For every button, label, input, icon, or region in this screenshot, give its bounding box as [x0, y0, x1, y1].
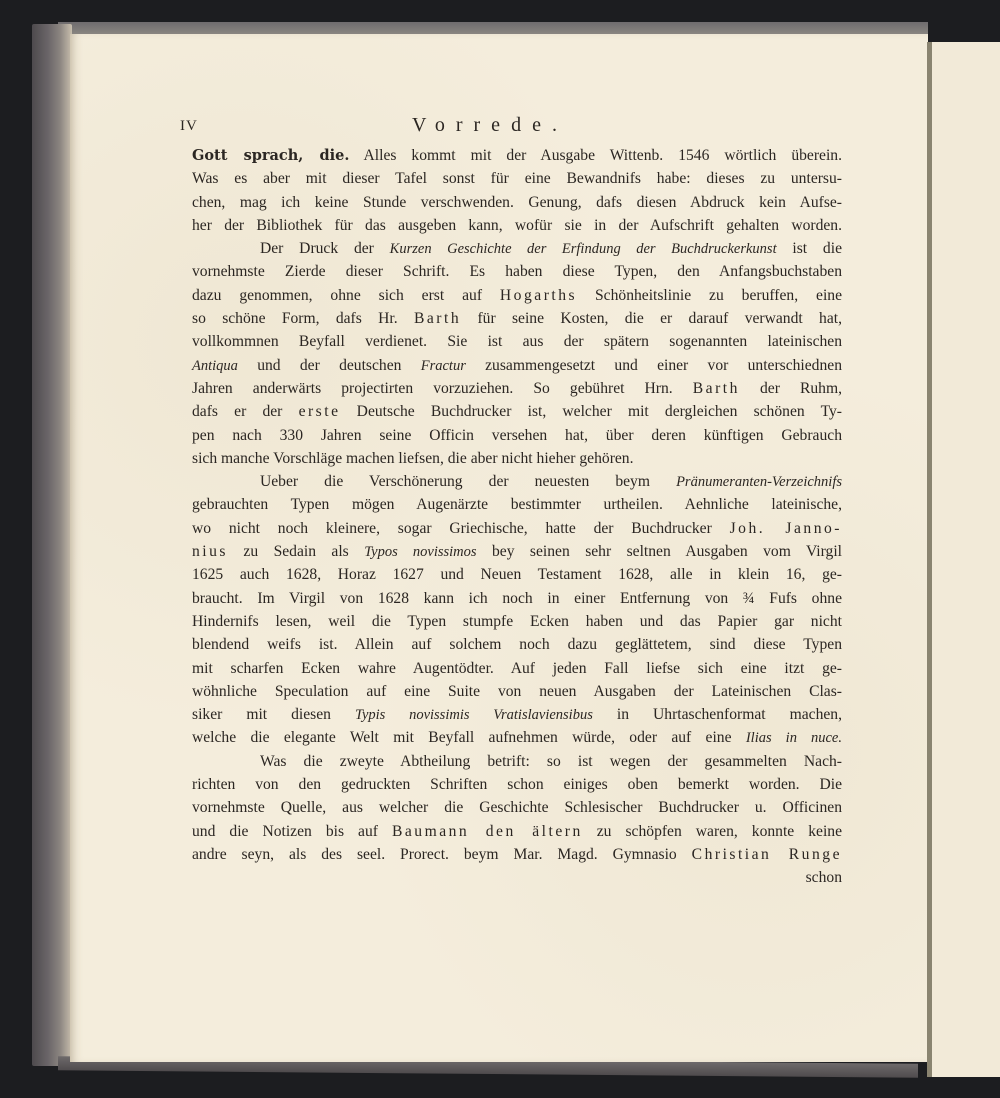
italic-title-text: Kurzen Geschichte der Erfindung der Buch… — [390, 241, 777, 257]
text-run: sich manche Vorschläge machen liefsen, d… — [192, 450, 634, 467]
text-run: Der Druck der — [260, 240, 390, 257]
text-run: braucht. Im Virgil von 1628 kann ich noc… — [192, 590, 842, 607]
running-head: IV Vorrede. — [180, 112, 842, 144]
text-line: richten von den gedruckten Schriften sch… — [192, 773, 842, 796]
text-run: chen, mag ich keine Stunde verschwenden.… — [192, 194, 842, 211]
italic-title-text: Pränumeranten-Verzeichnifs — [676, 474, 842, 490]
text-line: Was die zweyte Abtheilung betrift: so is… — [192, 750, 842, 773]
text-run: für seine Kosten, die er darauf verwandt… — [461, 310, 842, 327]
text-line: so schöne Form, dafs Hr. Barth für seine… — [192, 307, 842, 330]
text-run: dazu genommen, ohne sich erst auf — [192, 287, 500, 304]
text-line: braucht. Im Virgil von 1628 kann ich noc… — [192, 587, 842, 610]
text-run: gebrauchten Typen mögen Augenärzte besti… — [192, 496, 842, 513]
book-spine-binding — [32, 24, 72, 1066]
page-number: IV — [180, 118, 198, 135]
text-run: Ueber die Verschönerung der neuesten bey… — [260, 473, 676, 490]
text-line: siker mit diesen Typis novissimis Vratis… — [192, 703, 842, 726]
text-run: vornehmste Quelle, aus welcher die Gesch… — [192, 799, 842, 816]
text-line: chen, mag ich keine Stunde verschwenden.… — [192, 191, 842, 214]
book-page-right-edge — [932, 42, 1000, 1077]
text-run: welche die elegante Welt mit Beyfall auf… — [192, 729, 746, 746]
text-run: zusammengesetzt und einer vor unterschie… — [466, 357, 842, 374]
text-run: dafs er der — [192, 403, 299, 420]
text-line: sich manche Vorschläge machen liefsen, d… — [192, 447, 842, 470]
spaced-name-text: Joh. Janno- — [730, 520, 842, 537]
text-run: Jahren anderwärts projectirten vorzuzieh… — [192, 380, 693, 397]
text-line: mit scharfen Ecken wahre Augentödter. Au… — [192, 657, 842, 680]
spaced-name-text: Barth — [693, 380, 740, 397]
body-text: Gott sprach, die. Alles kommt mit der Au… — [192, 144, 842, 890]
italic-title-text: Antiqua — [192, 358, 238, 374]
spaced-name-text: Hogarths — [500, 287, 577, 304]
text-run: so schöne Form, dafs Hr. — [192, 310, 414, 327]
text-run: und der deutschen — [238, 357, 421, 374]
text-line: vornehmste Quelle, aus welcher die Gesch… — [192, 796, 842, 819]
text-line: und die Notizen bis auf Baumann den älte… — [192, 820, 842, 843]
text-run: Alles kommt mit der Ausgabe Wittenb. 154… — [349, 147, 842, 164]
italic-title-text: Fractur — [421, 358, 466, 374]
spaced-name-text: Christian Runge — [692, 846, 842, 863]
text-line: nius zu Sedain als Typos novissimos bey … — [192, 540, 842, 563]
text-run: 1625 auch 1628, Horaz 1627 und Neuen Tes… — [192, 566, 842, 583]
text-line: 1625 auch 1628, Horaz 1627 und Neuen Tes… — [192, 563, 842, 586]
fraktur-quote-text: Gott sprach, die. — [192, 147, 349, 164]
italic-title-text: Typos novissimos — [364, 544, 476, 560]
text-run: ist die — [777, 240, 842, 257]
text-run: Was es aber mit dieser Tafel sonst für e… — [192, 170, 842, 187]
page-text-block: IV Vorrede. Gott sprach, die. Alles komm… — [192, 112, 842, 890]
text-run: Was die zweyte Abtheilung betrift: so is… — [260, 753, 842, 770]
text-run: Deutsche Buchdrucker ist, welcher mit de… — [341, 403, 843, 420]
text-line: wo nicht noch kleinere, sogar Griechisch… — [192, 517, 842, 540]
text-line: Gott sprach, die. Alles kommt mit der Au… — [192, 144, 842, 167]
spaced-name-text: Barth — [414, 310, 461, 327]
text-line: wöhnliche Speculation auf eine Suite von… — [192, 680, 842, 703]
spaced-name-text: nius — [192, 543, 228, 560]
text-line: dazu genommen, ohne sich erst auf Hogart… — [192, 284, 842, 307]
text-line: Ueber die Verschönerung der neuesten bey… — [192, 470, 842, 493]
text-run: der Ruhm, — [740, 380, 842, 397]
text-line: Hindernifs lesen, weil die Typen stumpfe… — [192, 610, 842, 633]
text-line: gebrauchten Typen mögen Augenärzte besti… — [192, 493, 842, 516]
text-run: her der Bibliothek für das ausgeben kann… — [192, 217, 842, 234]
text-run: Hindernifs lesen, weil die Typen stumpfe… — [192, 613, 842, 630]
chapter-title: Vorrede. — [412, 114, 568, 137]
italic-title-text: Typis novissimis Vratislaviensibus — [355, 707, 593, 723]
text-run: wo nicht noch kleinere, sogar Griechisch… — [192, 520, 730, 537]
text-run: wöhnliche Speculation auf eine Suite von… — [192, 683, 842, 700]
text-run: blendend weifs ist. Allein auf solchem n… — [192, 636, 842, 653]
text-line: her der Bibliothek für das ausgeben kann… — [192, 214, 842, 237]
text-line: andre seyn, als des seel. Prorect. beym … — [192, 843, 842, 866]
text-line: Antiqua und der deutschen Fractur zusamm… — [192, 354, 842, 377]
text-run: bey seinen sehr seltnen Ausgaben vom Vir… — [477, 543, 842, 560]
text-run: siker mit diesen — [192, 706, 355, 723]
text-line: Der Druck der Kurzen Geschichte der Erfi… — [192, 237, 842, 260]
spaced-name-text: Baumann den ältern — [392, 823, 583, 840]
text-run: schon — [806, 869, 842, 886]
text-line: vornehmste Zierde dieser Schrift. Es hab… — [192, 260, 842, 283]
text-run: Schönheitslinie zu beruffen, eine — [577, 287, 842, 304]
text-line: vollkommnen Beyfall verdienet. Sie ist a… — [192, 330, 842, 353]
text-run: andre seyn, als des seel. Prorect. beym … — [192, 846, 692, 863]
text-line: schon — [192, 866, 842, 889]
spaced-name-text: erste — [299, 403, 341, 420]
text-run: pen nach 330 Jahren seine Officin verseh… — [192, 427, 842, 444]
text-line: pen nach 330 Jahren seine Officin verseh… — [192, 424, 842, 447]
italic-title-text: Ilias in nuce. — [746, 730, 842, 746]
text-line: Was es aber mit dieser Tafel sonst für e… — [192, 167, 842, 190]
text-run: vollkommnen Beyfall verdienet. Sie ist a… — [192, 333, 842, 350]
text-line: dafs er der erste Deutsche Buchdrucker i… — [192, 400, 842, 423]
text-run: in Uhrtaschenformat machen, — [593, 706, 842, 723]
text-line: Jahren anderwärts projectirten vorzuzieh… — [192, 377, 842, 400]
text-run: mit scharfen Ecken wahre Augentödter. Au… — [192, 660, 842, 677]
text-run: zu schöpfen waren, konnte keine — [583, 823, 842, 840]
text-line: blendend weifs ist. Allein auf solchem n… — [192, 633, 842, 656]
text-run: richten von den gedruckten Schriften sch… — [192, 776, 842, 793]
text-run: zu Sedain als — [228, 543, 364, 560]
text-run: vornehmste Zierde dieser Schrift. Es hab… — [192, 263, 842, 280]
text-line: welche die elegante Welt mit Beyfall auf… — [192, 726, 842, 749]
text-run: und die Notizen bis auf — [192, 823, 392, 840]
